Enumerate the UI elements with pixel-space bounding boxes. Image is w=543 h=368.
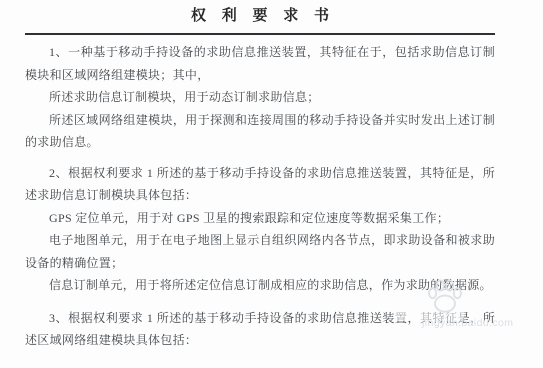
claim-1-module-b-paragraph: 所述区域网络组建模块，用于探测和连接周围的移动手持设备并实时发出上述订制的求助信…: [25, 109, 495, 154]
claim-2-gps-unit-paragraph: GPS 定位单元，用于对 GPS 卫星的搜索跟踪和定位速度等数据采集工作；: [25, 207, 495, 230]
claim-3-paragraph: 3、根据权利要求 1 所述的基于移动手持设备的求助信息推送装置，其特征是，所述区…: [25, 307, 495, 352]
document-body: 权 利 要 求 书 1、一种基于移动手持设备的求助信息推送装置，其特征在于，包括…: [25, 0, 495, 352]
document-title: 权 利 要 求 书: [25, 0, 495, 25]
title-divider: [25, 33, 495, 35]
claim-1-module-a-paragraph: 所述求助信息订制模块，用于动态订制求助信息；: [25, 86, 495, 109]
claims-document-page: 权 利 要 求 书 1、一种基于移动手持设备的求助信息推送装置，其特征在于，包括…: [0, 0, 543, 368]
claim-2-map-unit-paragraph: 电子地图单元，用于在电子地图上显示自组织网络内各节点，即求助设备和被求助设备的精…: [25, 229, 495, 274]
claim-1-paragraph: 1、一种基于移动手持设备的求助信息推送装置，其特征在于，包括求助信息订制模块和区…: [25, 41, 495, 86]
claim-2-paragraph: 2、根据权利要求 1 所述的基于移动手持设备的求助信息推送装置，其特征是，所述求…: [25, 162, 495, 207]
claim-2-info-unit-paragraph: 信息订制单元，用于将所述定位信息订制成相应的求助信息，作为求助的数据源。: [25, 274, 495, 297]
